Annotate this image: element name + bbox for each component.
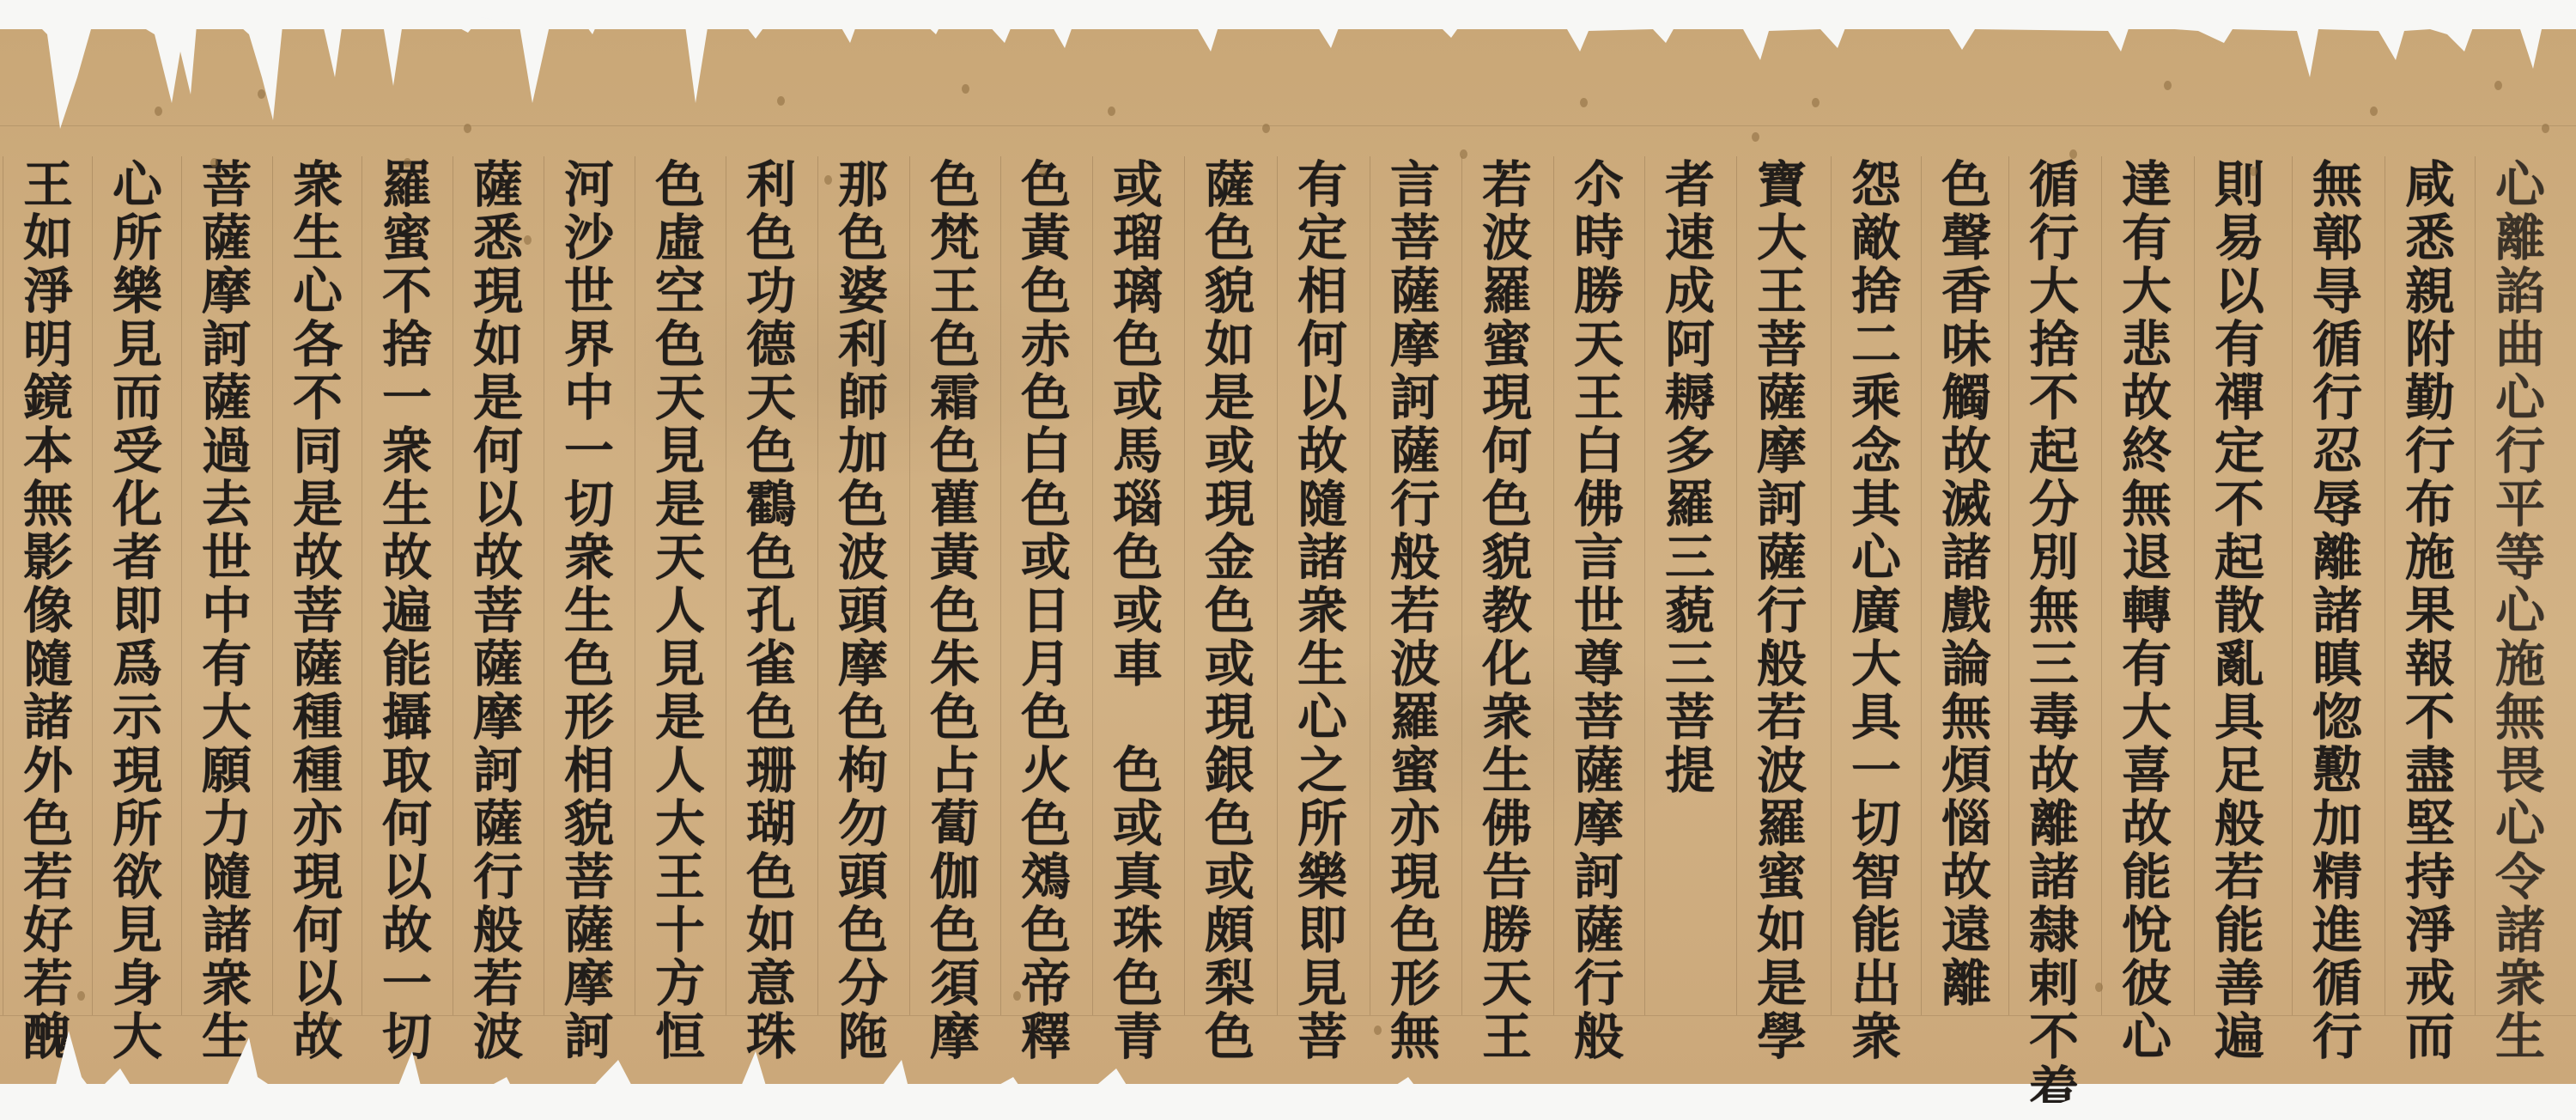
glyph: 諸 xyxy=(2029,850,2079,904)
wormhole-spot xyxy=(326,1017,334,1026)
wormhole-spot xyxy=(824,175,832,185)
glyph: 煩 xyxy=(1941,744,1991,797)
glyph: 王 xyxy=(1574,371,1624,424)
glyph: 醜 xyxy=(23,1010,73,1063)
glyph: 如 xyxy=(23,211,73,265)
glyph: 衆 xyxy=(1297,584,1347,637)
glyph: 訶 xyxy=(1757,478,1807,531)
glyph: 形 xyxy=(1390,957,1440,1010)
glyph: 能 xyxy=(2122,850,2172,904)
glyph: 大 xyxy=(2122,265,2172,318)
text-column: 言菩薩摩訶薩行般若波羅蜜亦現色形無 xyxy=(1372,158,1458,1063)
glyph: 無 xyxy=(2312,158,2362,211)
text-column: 咸悉親附勤行布施果報不盡堅持淨戒而 xyxy=(2387,158,2473,1063)
glyph: 黃 xyxy=(930,531,980,584)
glyph: 分 xyxy=(838,957,888,1010)
glyph: 亦 xyxy=(293,797,343,850)
glyph: 世 xyxy=(202,531,252,584)
glyph: 何 xyxy=(1482,424,1532,478)
glyph: 月 xyxy=(1021,637,1071,691)
glyph: 外 xyxy=(23,744,73,797)
wormhole-spot xyxy=(777,96,785,106)
glyph: 不 xyxy=(2215,478,2264,531)
glyph: 波 xyxy=(473,1010,523,1063)
glyph: 三 xyxy=(2029,637,2079,691)
glyph: 銀 xyxy=(1205,744,1255,797)
column-rule xyxy=(2292,156,2293,1015)
glyph: 無 xyxy=(2122,478,2172,531)
glyph: 行 xyxy=(1574,957,1624,1010)
glyph: 王 xyxy=(1757,265,1807,318)
glyph: 雚 xyxy=(930,478,980,531)
glyph: 成 xyxy=(1665,265,1715,318)
glyph: 離 xyxy=(2495,211,2545,265)
glyph: 禪 xyxy=(2215,371,2264,424)
glyph: 有 xyxy=(1297,158,1347,211)
column-rule xyxy=(909,156,910,1015)
glyph: 心 xyxy=(1297,691,1347,744)
glyph: 以 xyxy=(382,850,432,904)
glyph: 色 xyxy=(655,318,705,371)
glyph: 大 xyxy=(655,797,705,850)
glyph: 則 xyxy=(2215,158,2264,211)
glyph: 現 xyxy=(1390,850,1440,904)
glyph: 衆 xyxy=(564,531,614,584)
glyph: 三 xyxy=(1665,531,1715,584)
glyph: 孔 xyxy=(746,584,796,637)
glyph: 菩 xyxy=(564,850,614,904)
glyph: 王 xyxy=(930,265,980,318)
glyph: 能 xyxy=(382,637,432,691)
glyph: 中 xyxy=(564,371,614,424)
glyph: 菩 xyxy=(293,584,343,637)
glyph: 天 xyxy=(655,531,705,584)
glyph: 訶 xyxy=(202,318,252,371)
glyph: 懃 xyxy=(2312,744,2362,797)
glyph: 般 xyxy=(1757,637,1807,691)
glyph: 色 xyxy=(1021,478,1071,531)
glyph: 本 xyxy=(23,424,73,478)
glyph: 心 xyxy=(293,265,343,318)
glyph: 若 xyxy=(1757,691,1807,744)
text-column: 達有大悲故終無退轉有大喜故能悅彼心 xyxy=(2104,158,2190,1063)
glyph: 色 xyxy=(564,637,614,691)
glyph: 智 xyxy=(1851,850,1901,904)
glyph: 色 xyxy=(1113,531,1163,584)
glyph: 色 xyxy=(746,531,796,584)
glyph: 車 xyxy=(1113,637,1163,691)
column-rule xyxy=(2475,156,2476,1015)
glyph: 王 xyxy=(655,850,705,904)
column-rule xyxy=(181,156,182,1015)
glyph: 摩 xyxy=(473,691,523,744)
glyph: 鵁 xyxy=(1021,850,1071,904)
manuscript-scroll: 心離諂曲心行平等心施無畏心令諸衆生咸悉親附勤行布施果報不盡堅持淨戒而無鄣㝵循行忍… xyxy=(0,0,2576,1120)
glyph: 諸 xyxy=(1297,531,1347,584)
wormhole-spot xyxy=(77,991,85,1001)
glyph: 色 xyxy=(1113,318,1163,371)
glyph: 現 xyxy=(1205,478,1255,531)
glyph: 蔔 xyxy=(930,797,980,850)
glyph: 色 xyxy=(838,478,888,531)
glyph: 行 xyxy=(2312,371,2362,424)
glyph: 珊 xyxy=(746,744,796,797)
wormhole-spot xyxy=(1812,98,1820,107)
glyph: 所 xyxy=(112,211,162,265)
glyph: 摩 xyxy=(838,637,888,691)
glyph: 菩 xyxy=(202,158,252,211)
glyph: 相 xyxy=(564,744,614,797)
glyph: 阿 xyxy=(1665,318,1715,371)
glyph: 故 xyxy=(1297,424,1347,478)
glyph: 薩 xyxy=(1574,904,1624,957)
glyph: 無 xyxy=(2029,584,2079,637)
glyph: 故 xyxy=(382,531,432,584)
glyph: 色 xyxy=(655,158,705,211)
glyph: 色 xyxy=(1021,158,1071,211)
column-rule xyxy=(726,156,726,1015)
text-column: 那色婆利師加色波頭摩色枸勿頭色分陁 xyxy=(820,158,906,1063)
glyph: 時 xyxy=(1574,211,1624,265)
glyph: 訶 xyxy=(564,1010,614,1063)
glyph: 色 xyxy=(1021,797,1071,850)
glyph: 現 xyxy=(112,744,162,797)
glyph: 分 xyxy=(2029,478,2079,531)
glyph: 攝 xyxy=(382,691,432,744)
glyph: 大 xyxy=(2122,691,2172,744)
glyph: 王 xyxy=(1482,1010,1532,1063)
glyph: 以 xyxy=(1297,371,1347,424)
glyph: 耨 xyxy=(1665,371,1715,424)
glyph: 念 xyxy=(1851,424,1901,478)
glyph: 諸 xyxy=(2495,904,2545,957)
column-rule xyxy=(361,156,362,1015)
wormhole-spot xyxy=(1262,124,1270,133)
glyph: 一 xyxy=(382,371,432,424)
glyph: 波 xyxy=(838,531,888,584)
wormhole-spot xyxy=(2542,124,2549,133)
glyph: 樂 xyxy=(1297,850,1347,904)
glyph: 陁 xyxy=(838,1010,888,1063)
glyph: 諸 xyxy=(2312,584,2362,637)
glyph: 心 xyxy=(2122,1010,2172,1063)
glyph: 退 xyxy=(2122,531,2172,584)
text-column: 者速成阿耨多羅三藐三菩提 xyxy=(1647,158,1733,797)
glyph: 離 xyxy=(1941,957,1991,1010)
glyph: 蜜 xyxy=(1757,850,1807,904)
glyph: 故 xyxy=(1941,850,1991,904)
glyph: 利 xyxy=(746,158,796,211)
column-rule xyxy=(635,156,635,1015)
glyph: 淨 xyxy=(2405,904,2455,957)
glyph: 諂 xyxy=(2495,265,2545,318)
text-column: 色黃色赤色白色或日月色火色鵁色帝釋 xyxy=(1003,158,1089,1063)
glyph: 色 xyxy=(930,158,980,211)
glyph: 喜 xyxy=(2122,744,2172,797)
glyph: 持 xyxy=(2405,850,2455,904)
glyph: 摩 xyxy=(930,1010,980,1063)
glyph: 若 xyxy=(473,957,523,1010)
glyph: 天 xyxy=(1574,318,1624,371)
glyph: 枸 xyxy=(838,744,888,797)
glyph: 故 xyxy=(1941,424,1991,478)
glyph: 敵 xyxy=(1851,211,1901,265)
glyph: 訶 xyxy=(1574,850,1624,904)
glyph: 化 xyxy=(112,478,162,531)
glyph: 色 xyxy=(930,318,980,371)
glyph: 忍 xyxy=(2312,424,2362,478)
glyph: 薩 xyxy=(473,637,523,691)
glyph: 心 xyxy=(2495,584,2545,637)
glyph: 有 xyxy=(2215,318,2264,371)
glyph: 真 xyxy=(1113,850,1163,904)
wormhole-spot xyxy=(404,158,411,167)
glyph: 能 xyxy=(2215,904,2264,957)
glyph: 雀 xyxy=(746,637,796,691)
glyph: 樂 xyxy=(112,265,162,318)
glyph: 堅 xyxy=(2405,797,2455,850)
glyph: 有 xyxy=(2122,637,2172,691)
glyph: 衆 xyxy=(293,158,343,211)
text-column: 怨敵捨二乘念其心廣大具一切智能出衆 xyxy=(1833,158,1919,1063)
glyph: 提 xyxy=(1665,744,1715,797)
glyph: 羅 xyxy=(1482,265,1532,318)
column-rule xyxy=(1921,156,1922,1015)
glyph: 令 xyxy=(2495,850,2545,904)
glyph: 薩 xyxy=(1390,424,1440,478)
column-rule xyxy=(1831,156,1832,1015)
glyph: 般 xyxy=(1574,1010,1624,1063)
glyph: 瑙 xyxy=(1113,478,1163,531)
glyph: 何 xyxy=(1297,318,1347,371)
glyph: 剌 xyxy=(2029,957,2079,1010)
glyph: 衆 xyxy=(2495,957,2545,1010)
glyph: 即 xyxy=(1297,904,1347,957)
glyph: 無 xyxy=(1941,691,1991,744)
glyph: 占 xyxy=(930,744,980,797)
glyph: 一 xyxy=(1851,744,1901,797)
glyph: 生 xyxy=(1482,744,1532,797)
glyph: 果 xyxy=(2405,584,2455,637)
glyph: 人 xyxy=(655,744,705,797)
column-rule xyxy=(1644,156,1645,1015)
glyph: 瑠 xyxy=(1113,211,1163,265)
glyph: 一 xyxy=(382,957,432,1010)
glyph: 㝵 xyxy=(2312,265,2362,318)
glyph: 摩 xyxy=(1574,797,1624,850)
glyph: 色 xyxy=(1021,265,1071,318)
glyph: 怨 xyxy=(1851,158,1901,211)
wormhole-spot xyxy=(1460,149,1467,159)
glyph: 學 xyxy=(1757,1010,1807,1063)
glyph: 散 xyxy=(2215,584,2264,637)
glyph: 取 xyxy=(382,744,432,797)
wormhole-spot xyxy=(2069,149,2077,159)
glyph: 生 xyxy=(202,1010,252,1063)
glyph: 心 xyxy=(2495,158,2545,211)
glyph: 是 xyxy=(1205,371,1255,424)
glyph: 薩 xyxy=(293,637,343,691)
glyph: 薩 xyxy=(202,371,252,424)
glyph: 滅 xyxy=(1941,478,1991,531)
glyph: 德 xyxy=(746,318,796,371)
glyph: 進 xyxy=(2312,904,2362,957)
glyph: 有 xyxy=(202,637,252,691)
glyph: 王 xyxy=(23,158,73,211)
glyph: 河 xyxy=(564,158,614,211)
wormhole-spot xyxy=(155,107,162,116)
glyph: 波 xyxy=(1482,211,1532,265)
text-column: 無鄣㝵循行忍辱離諸瞋惚懃加精進循行 xyxy=(2294,158,2380,1063)
glyph: 起 xyxy=(2029,424,2079,478)
wormhole-spot xyxy=(2095,983,2103,992)
glyph: 遍 xyxy=(382,584,432,637)
glyph: 示 xyxy=(112,691,162,744)
glyph: 諸 xyxy=(1941,531,1991,584)
glyph: 種 xyxy=(293,744,343,797)
glyph: 出 xyxy=(1851,957,1901,1010)
glyph: 色 xyxy=(1205,1010,1255,1063)
glyph: 行 xyxy=(1390,478,1440,531)
glyph: 身 xyxy=(112,957,162,1010)
glyph: 親 xyxy=(2405,265,2455,318)
glyph: 味 xyxy=(1941,318,1991,371)
glyph: 報 xyxy=(2405,637,2455,691)
glyph: 願 xyxy=(202,744,252,797)
glyph: 色 xyxy=(930,691,980,744)
glyph: 如 xyxy=(746,904,796,957)
glyph: 切 xyxy=(382,1010,432,1063)
glyph: 隨 xyxy=(1297,478,1347,531)
glyph: 色 xyxy=(1941,158,1991,211)
glyph: 所 xyxy=(1297,797,1347,850)
glyph: 切 xyxy=(564,478,614,531)
glyph: 言 xyxy=(1574,531,1624,584)
glyph: 或 xyxy=(1113,158,1163,211)
glyph: 釋 xyxy=(1021,1010,1071,1063)
glyph: 盡 xyxy=(2405,744,2455,797)
glyph: 咸 xyxy=(2405,158,2455,211)
glyph: 有 xyxy=(2122,211,2172,265)
glyph: 等 xyxy=(2495,531,2545,584)
glyph: 心 xyxy=(2495,371,2545,424)
wormhole-spot xyxy=(2370,107,2378,116)
glyph: 循 xyxy=(2312,957,2362,1010)
glyph: 教 xyxy=(1482,584,1532,637)
wormhole-spot xyxy=(1580,98,1588,107)
glyph: 勝 xyxy=(1574,265,1624,318)
glyph: 鸖 xyxy=(746,478,796,531)
glyph: 般 xyxy=(1390,531,1440,584)
glyph: 世 xyxy=(564,265,614,318)
text-column: 有定相何以故隨諸衆生心之所樂即見菩 xyxy=(1279,158,1365,1063)
glyph: 告 xyxy=(1482,850,1532,904)
glyph: 以 xyxy=(2215,265,2264,318)
glyph: 色 xyxy=(23,797,73,850)
glyph: 足 xyxy=(2215,744,2264,797)
glyph: 利 xyxy=(838,318,888,371)
text-column: 則易以有禪定不起散亂具足般若能善遍 xyxy=(2196,158,2282,1063)
wormhole-spot xyxy=(1752,132,1759,142)
glyph: 言 xyxy=(1390,158,1440,211)
glyph: 色 xyxy=(838,904,888,957)
glyph: 隸 xyxy=(2029,904,2079,957)
glyph: 論 xyxy=(1941,637,1991,691)
glyph: 以 xyxy=(473,478,523,531)
glyph: 種 xyxy=(293,691,343,744)
glyph: 若 xyxy=(1482,158,1532,211)
glyph: 或 xyxy=(1205,850,1255,904)
column-rule xyxy=(1370,156,1370,1015)
glyph: 行 xyxy=(473,850,523,904)
glyph: 即 xyxy=(112,584,162,637)
glyph: 去 xyxy=(202,478,252,531)
glyph: 離 xyxy=(2312,531,2362,584)
glyph: 附 xyxy=(2405,318,2455,371)
text-column: 菩薩摩訶薩過去世中有大願力隨諸衆生 xyxy=(184,158,270,1063)
glyph: 白 xyxy=(1021,424,1071,478)
glyph: 色 xyxy=(1205,797,1255,850)
glyph: 天 xyxy=(1482,957,1532,1010)
glyph: 大 xyxy=(1851,637,1901,691)
text-column: 衆生心各不同是故菩薩種種亦現何以故 xyxy=(275,158,361,1063)
glyph: 故 xyxy=(2029,744,2079,797)
glyph: 色 xyxy=(838,691,888,744)
glyph: 恒 xyxy=(655,1010,705,1063)
glyph: 天 xyxy=(655,371,705,424)
glyph: 瑚 xyxy=(746,797,796,850)
glyph: 諸 xyxy=(202,904,252,957)
glyph: 佛 xyxy=(1574,478,1624,531)
glyph: 何 xyxy=(293,904,343,957)
glyph: 遍 xyxy=(2215,1010,2264,1063)
glyph: 現 xyxy=(293,850,343,904)
paper-sheet: 心離諂曲心行平等心施無畏心令諸衆生咸悉親附勤行布施果報不盡堅持淨戒而無鄣㝵循行忍… xyxy=(0,29,2576,1084)
glyph: 朱 xyxy=(930,637,980,691)
glyph: 菩 xyxy=(1390,211,1440,265)
glyph: 過 xyxy=(202,424,252,478)
column-rule xyxy=(1184,156,1185,1015)
glyph: 香 xyxy=(1941,265,1991,318)
glyph: 波 xyxy=(1757,744,1807,797)
column-rule xyxy=(92,156,93,1015)
glyph: 方 xyxy=(655,957,705,1010)
glyph: 亂 xyxy=(2215,637,2264,691)
glyph: 起 xyxy=(2215,531,2264,584)
text-column: 河沙世界中一切衆生色形相貌菩薩摩訶 xyxy=(546,158,632,1063)
glyph: 現 xyxy=(1482,371,1532,424)
glyph: 火 xyxy=(1021,744,1071,797)
glyph: 大 xyxy=(2029,265,2079,318)
glyph: 衆 xyxy=(1482,691,1532,744)
glyph: 者 xyxy=(1665,158,1715,211)
glyph: 悲 xyxy=(2122,318,2172,371)
glyph: 戒 xyxy=(2405,957,2455,1010)
glyph: 羅 xyxy=(1757,797,1807,850)
wormhole-spot xyxy=(2494,81,2502,90)
text-column: 利色功德天色鸖色孔雀色珊瑚色如意珠 xyxy=(728,158,814,1063)
glyph: 着 xyxy=(2029,1063,2079,1117)
text-column: 羅蜜不捨一衆生故遍能攝取何以故一切 xyxy=(364,158,450,1063)
wormhole-spot xyxy=(1013,991,1021,1001)
glyph: 色 xyxy=(930,904,980,957)
glyph: 菩 xyxy=(1757,318,1807,371)
glyph: 十 xyxy=(655,904,705,957)
glyph: 或 xyxy=(1113,584,1163,637)
glyph: 藐 xyxy=(1665,584,1715,637)
glyph: 空 xyxy=(655,265,705,318)
glyph: 諸 xyxy=(23,691,73,744)
